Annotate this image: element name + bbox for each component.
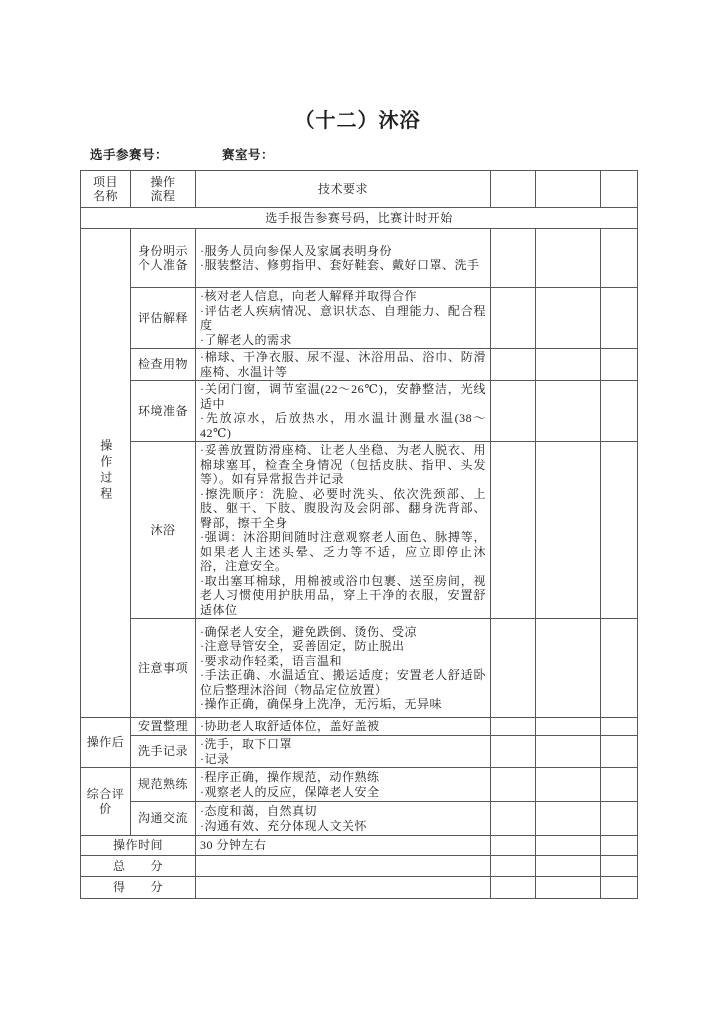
requirement-item: ·手法正确、水温适宜、搬运适度；安置老人舒适卧位后整理沐浴间（物品定位放置） <box>200 668 486 697</box>
tech-requirements: ·妥善放置防滑座椅、让老人坐稳、为老人脱衣、用棉球塞耳，检查全身情况（包括皮肤、… <box>196 442 491 619</box>
step-label: 规范熟练 <box>131 768 196 802</box>
step-label: 沐浴 <box>131 442 196 619</box>
requirement-item: ·态度和蔼，自然真切 <box>200 804 486 819</box>
score-cell <box>601 381 638 442</box>
score-cell <box>601 442 638 619</box>
score-cell <box>601 171 638 208</box>
score-cell <box>601 836 638 856</box>
requirement-item: ·服装整洁、修剪指甲、套好鞋套、戴好口罩、洗手 <box>200 258 486 273</box>
tech-requirements: ·确保老人安全，避免跌倒、烫伤、受凉 ·注意导管安全，妥善固定，防止脱出 ·要求… <box>196 619 491 718</box>
score-cell <box>601 802 638 836</box>
step-label: 检查用物 <box>131 349 196 381</box>
tech-requirements: ·关闭门窗，调节室温(22～26℃)，安静整洁，光线适中 ·先放凉水，后放热水，… <box>196 381 491 442</box>
requirement-item: ·程序正确，操作规范，动作熟练 <box>200 770 486 785</box>
requirement-item: ·先放凉水，后放热水，用水温计测量水温(38～42℃) <box>200 411 486 440</box>
requirement-item: ·评估老人疾病情况、意识状态、自理能力、配合程度 <box>200 304 486 333</box>
score-cell <box>491 718 536 736</box>
score-cell <box>491 381 536 442</box>
requirement-item: ·沟通有效、充分体现人文关怀 <box>200 819 486 834</box>
score-cell <box>536 442 601 619</box>
table-row: 检查用物 ·棉球、干净衣服、尿不湿、沐浴用品、浴巾、防滑座椅、水温计等 <box>81 349 638 381</box>
step-label: 洗手记录 <box>131 736 196 768</box>
score-cell <box>536 619 601 718</box>
score-cell <box>536 836 601 856</box>
table-row: 操作后 安置整理 ·协助老人取舒适体位，盖好盖被 <box>81 718 638 736</box>
score-cell <box>536 229 601 288</box>
header-operation-process: 操作 流程 <box>131 171 196 208</box>
score-cell <box>491 229 536 288</box>
table-row: 沟通交流 ·态度和蔼，自然真切 ·沟通有效、充分体现人文关怀 <box>81 802 638 836</box>
table-row: 操作过程 身份明示个人准备 ·服务人员向参保人及家属表明身份 ·服装整洁、修剪指… <box>81 229 638 288</box>
group-label-overall-evaluation: 综合评价 <box>81 768 131 836</box>
header-technical-requirements: 技术要求 <box>196 171 491 208</box>
requirement-item: ·棉球、干净衣服、尿不湿、沐浴用品、浴巾、防滑座椅、水温计等 <box>200 350 486 379</box>
obtained-score-row: 得 分 <box>81 877 638 899</box>
score-cell <box>536 736 601 768</box>
step-label: 安置整理 <box>131 718 196 736</box>
score-cell <box>536 288 601 349</box>
obtained-score-label: 得 分 <box>81 877 196 899</box>
requirement-item: ·观察老人的反应，保障老人安全 <box>200 785 486 800</box>
tech-requirements: ·态度和蔼，自然真切 ·沟通有效、充分体现人文关怀 <box>196 802 491 836</box>
score-cell <box>601 229 638 288</box>
meta-row: 选手参赛号： 赛室号： <box>0 145 715 163</box>
requirement-item: ·强调：沐浴期间随时注意观察老人面色、脉搏等，如果老人主述头晕、乏力等不适，应立… <box>200 530 486 574</box>
tech-requirements: ·核对老人信息，向老人解释并取得合作 ·评估老人疾病情况、意识状态、自理能力、配… <box>196 288 491 349</box>
score-cell <box>601 349 638 381</box>
requirement-item: ·了解老人的需求 <box>200 333 486 348</box>
table-row: 综合评价 规范熟练 ·程序正确，操作规范，动作熟练 ·观察老人的反应，保障老人安… <box>81 768 638 802</box>
step-label: 评估解释 <box>131 288 196 349</box>
score-cell <box>491 288 536 349</box>
tech-requirements: ·程序正确，操作规范，动作熟练 ·观察老人的反应，保障老人安全 <box>196 768 491 802</box>
score-cell <box>601 736 638 768</box>
table-row: 评估解释 ·核对老人信息，向老人解释并取得合作 ·评估老人疾病情况、意识状态、自… <box>81 288 638 349</box>
requirement-item: ·取出塞耳棉球，用棉被或浴巾包裹、送至房间，视老人习惯使用护肤用品，穿上干净的衣… <box>200 574 486 618</box>
score-cell <box>601 288 638 349</box>
requirement-item: ·擦洗顺序：洗脸、必要时洗头、依次洗颈部、上肢、躯干、下肢、腹股沟及会阴部、翻身… <box>200 487 486 531</box>
obtained-score-value-cell <box>196 877 491 899</box>
group-label-after-operation: 操作后 <box>81 718 131 768</box>
requirement-item: ·核对老人信息，向老人解释并取得合作 <box>200 289 486 304</box>
score-cell <box>536 349 601 381</box>
score-cell <box>536 171 601 208</box>
step-label: 身份明示个人准备 <box>131 229 196 288</box>
tech-requirements: ·洗手，取下口罩 ·记录 <box>196 736 491 768</box>
score-cell <box>491 836 536 856</box>
contestant-number-label: 选手参赛号： <box>90 145 168 163</box>
score-cell <box>536 802 601 836</box>
score-cell <box>601 718 638 736</box>
requirement-item: ·关闭门窗，调节室温(22～26℃)，安静整洁，光线适中 <box>200 382 486 411</box>
score-cell <box>491 619 536 718</box>
total-score-label: 总 分 <box>81 856 196 877</box>
score-cell <box>491 877 536 899</box>
score-cell <box>536 381 601 442</box>
table-row: 沐浴 ·妥善放置防滑座椅、让老人坐稳、为老人脱衣、用棉球塞耳，检查全身情况（包括… <box>81 442 638 619</box>
score-cell <box>491 349 536 381</box>
step-label: 环境准备 <box>131 381 196 442</box>
score-cell <box>536 718 601 736</box>
score-cell <box>491 442 536 619</box>
score-cell <box>601 768 638 802</box>
score-cell <box>601 619 638 718</box>
operation-time-value: 30 分钟左右 <box>196 836 491 856</box>
total-score-row: 总 分 <box>81 856 638 877</box>
requirement-item: ·确保老人安全，避免跌倒、烫伤、受凉 <box>200 625 486 640</box>
requirement-item: ·协助老人取舒适体位，盖好盖被 <box>200 719 486 734</box>
operation-time-row: 操作时间 30 分钟左右 <box>81 836 638 856</box>
requirement-item: ·妥善放置防滑座椅、让老人坐稳、为老人脱衣、用棉球塞耳，检查全身情况（包括皮肤、… <box>200 443 486 487</box>
document-page: （十二）沐浴 选手参赛号： 赛室号： 项目 名称 操作 流程 技术要求 选手报告… <box>0 0 715 1011</box>
table-row: 注意事项 ·确保老人安全，避免跌倒、烫伤、受凉 ·注意导管安全，妥善固定，防止脱… <box>81 619 638 718</box>
score-cell <box>491 171 536 208</box>
score-cell <box>536 856 601 877</box>
score-cell <box>491 856 536 877</box>
operation-time-label: 操作时间 <box>81 836 196 856</box>
requirement-item: ·服务人员向参保人及家属表明身份 <box>200 244 486 259</box>
score-cell <box>601 856 638 877</box>
tech-requirements: ·服务人员向参保人及家属表明身份 ·服装整洁、修剪指甲、套好鞋套、戴好口罩、洗手 <box>196 229 491 288</box>
requirement-item: ·操作正确，确保身上洗净，无污垢，无异味 <box>200 697 486 712</box>
requirement-item: ·记录 <box>200 752 486 767</box>
score-cell <box>491 736 536 768</box>
table-row: 洗手记录 ·洗手，取下口罩 ·记录 <box>81 736 638 768</box>
score-cell <box>536 877 601 899</box>
tech-requirements: ·协助老人取舒适体位，盖好盖被 <box>196 718 491 736</box>
requirement-item: ·注意导管安全，妥善固定，防止脱出 <box>200 639 486 654</box>
total-score-value-cell <box>196 856 491 877</box>
header-project-name: 项目 名称 <box>81 171 131 208</box>
score-cell <box>491 802 536 836</box>
assessment-table: 项目 名称 操作 流程 技术要求 选手报告参赛号码，比赛计时开始 操作过程 身份… <box>80 170 638 899</box>
requirement-item: ·要求动作轻柔，语言温和 <box>200 654 486 669</box>
requirement-item: ·洗手，取下口罩 <box>200 737 486 752</box>
table-row: 环境准备 ·关闭门窗，调节室温(22～26℃)，安静整洁，光线适中 ·先放凉水，… <box>81 381 638 442</box>
group-label-operation-process: 操作过程 <box>81 229 131 718</box>
score-cell <box>536 768 601 802</box>
page-title: （十二）沐浴 <box>0 0 715 133</box>
score-cell <box>601 877 638 899</box>
step-label: 注意事项 <box>131 619 196 718</box>
tech-requirements: ·棉球、干净衣服、尿不湿、沐浴用品、浴巾、防滑座椅、水温计等 <box>196 349 491 381</box>
step-label: 沟通交流 <box>131 802 196 836</box>
table-header-row: 项目 名称 操作 流程 技术要求 <box>81 171 638 208</box>
room-number-label: 赛室号： <box>222 145 274 163</box>
start-note-row: 选手报告参赛号码，比赛计时开始 <box>81 208 638 229</box>
score-cell <box>491 768 536 802</box>
start-note: 选手报告参赛号码，比赛计时开始 <box>81 208 638 229</box>
